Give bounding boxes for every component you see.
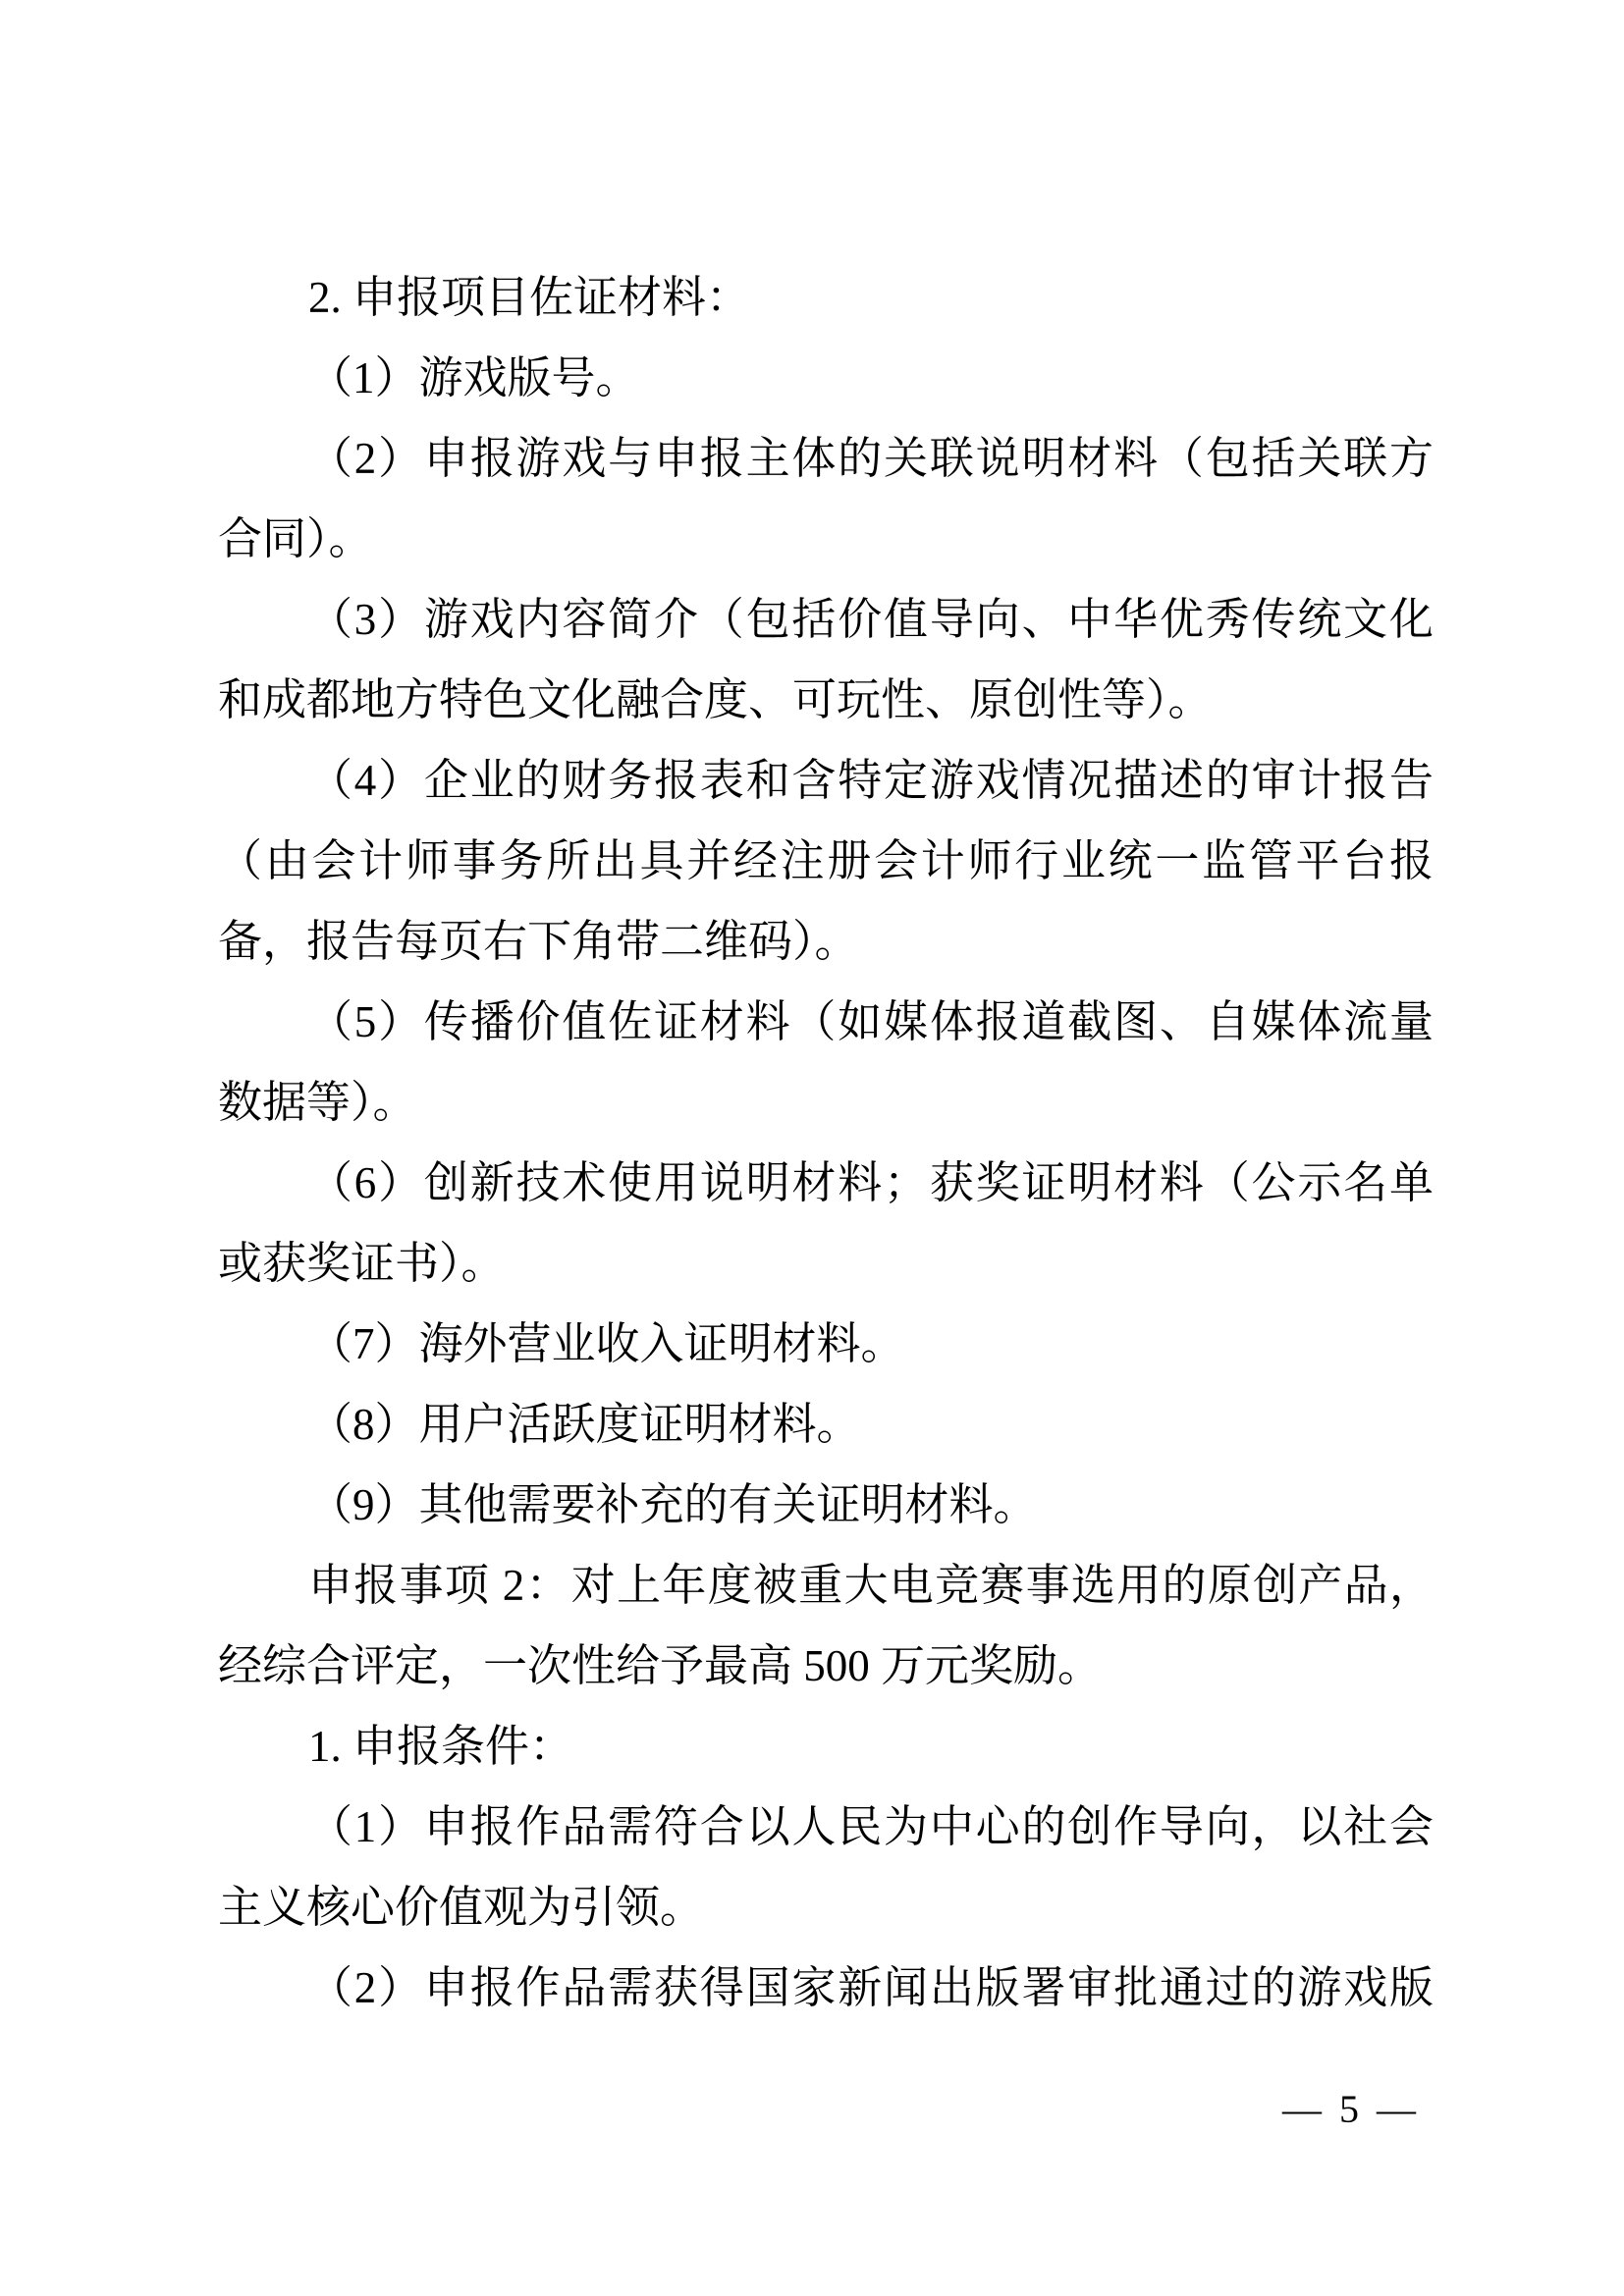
doc-line-7: （4）企业的财务报表和含特定游戏情况描述的审计报告 [218,740,1434,821]
doc-line-11: 数据等）。 [218,1062,1434,1143]
doc-line-10: （5）传播价值佐证材料（如媒体报道截图、自媒体流量 [218,982,1434,1062]
document-page: 2. 申报项目佐证材料： （1）游戏版号。 （2）申报游戏与申报主体的关联说明材… [0,0,1624,2296]
doc-line-20: （1）申报作品需符合以人民为中心的创作导向，以社会 [218,1787,1434,1867]
doc-line-16: （9）其他需要补充的有关证明材料。 [218,1465,1434,1545]
doc-line-8: （由会计师事务所出具并经注册会计师行业统一监管平台报 [218,821,1434,901]
doc-line-5: （3）游戏内容简介（包括价值导向、中华优秀传统文化 [218,579,1434,660]
doc-line-18: 经综合评定，一次性给予最高 500 万元奖励。 [218,1626,1434,1706]
doc-line-12: （6）创新技术使用说明材料；获奖证明材料（公示名单 [218,1143,1434,1223]
doc-line-4: 合同）。 [218,499,1434,579]
doc-line-1: 2. 申报项目佐证材料： [218,257,1434,338]
doc-line-15: （8）用户活跃度证明材料。 [218,1384,1434,1465]
doc-line-13: 或获奖证书）。 [218,1223,1434,1304]
doc-line-6: 和成都地方特色文化融合度、可玩性、原创性等）。 [218,660,1434,740]
doc-line-9: 备，报告每页右下角带二维码）。 [218,901,1434,982]
doc-line-14: （7）海外营业收入证明材料。 [218,1304,1434,1384]
doc-line-2: （1）游戏版号。 [218,338,1434,418]
document-body: 2. 申报项目佐证材料： （1）游戏版号。 （2）申报游戏与申报主体的关联说明材… [218,257,1434,2028]
doc-line-19: 1. 申报条件： [218,1706,1434,1787]
doc-line-21: 主义核心价值观为引领。 [218,1867,1434,1948]
doc-line-17: 申报事项 2：对上年度被重大电竞赛事选用的原创产品， [218,1545,1434,1626]
page-number: — 5 — [1282,2087,1416,2132]
doc-line-3: （2）申报游戏与申报主体的关联说明材料（包括关联方 [218,418,1434,499]
doc-line-22: （2）申报作品需获得国家新闻出版署审批通过的游戏版 [218,1948,1434,2028]
